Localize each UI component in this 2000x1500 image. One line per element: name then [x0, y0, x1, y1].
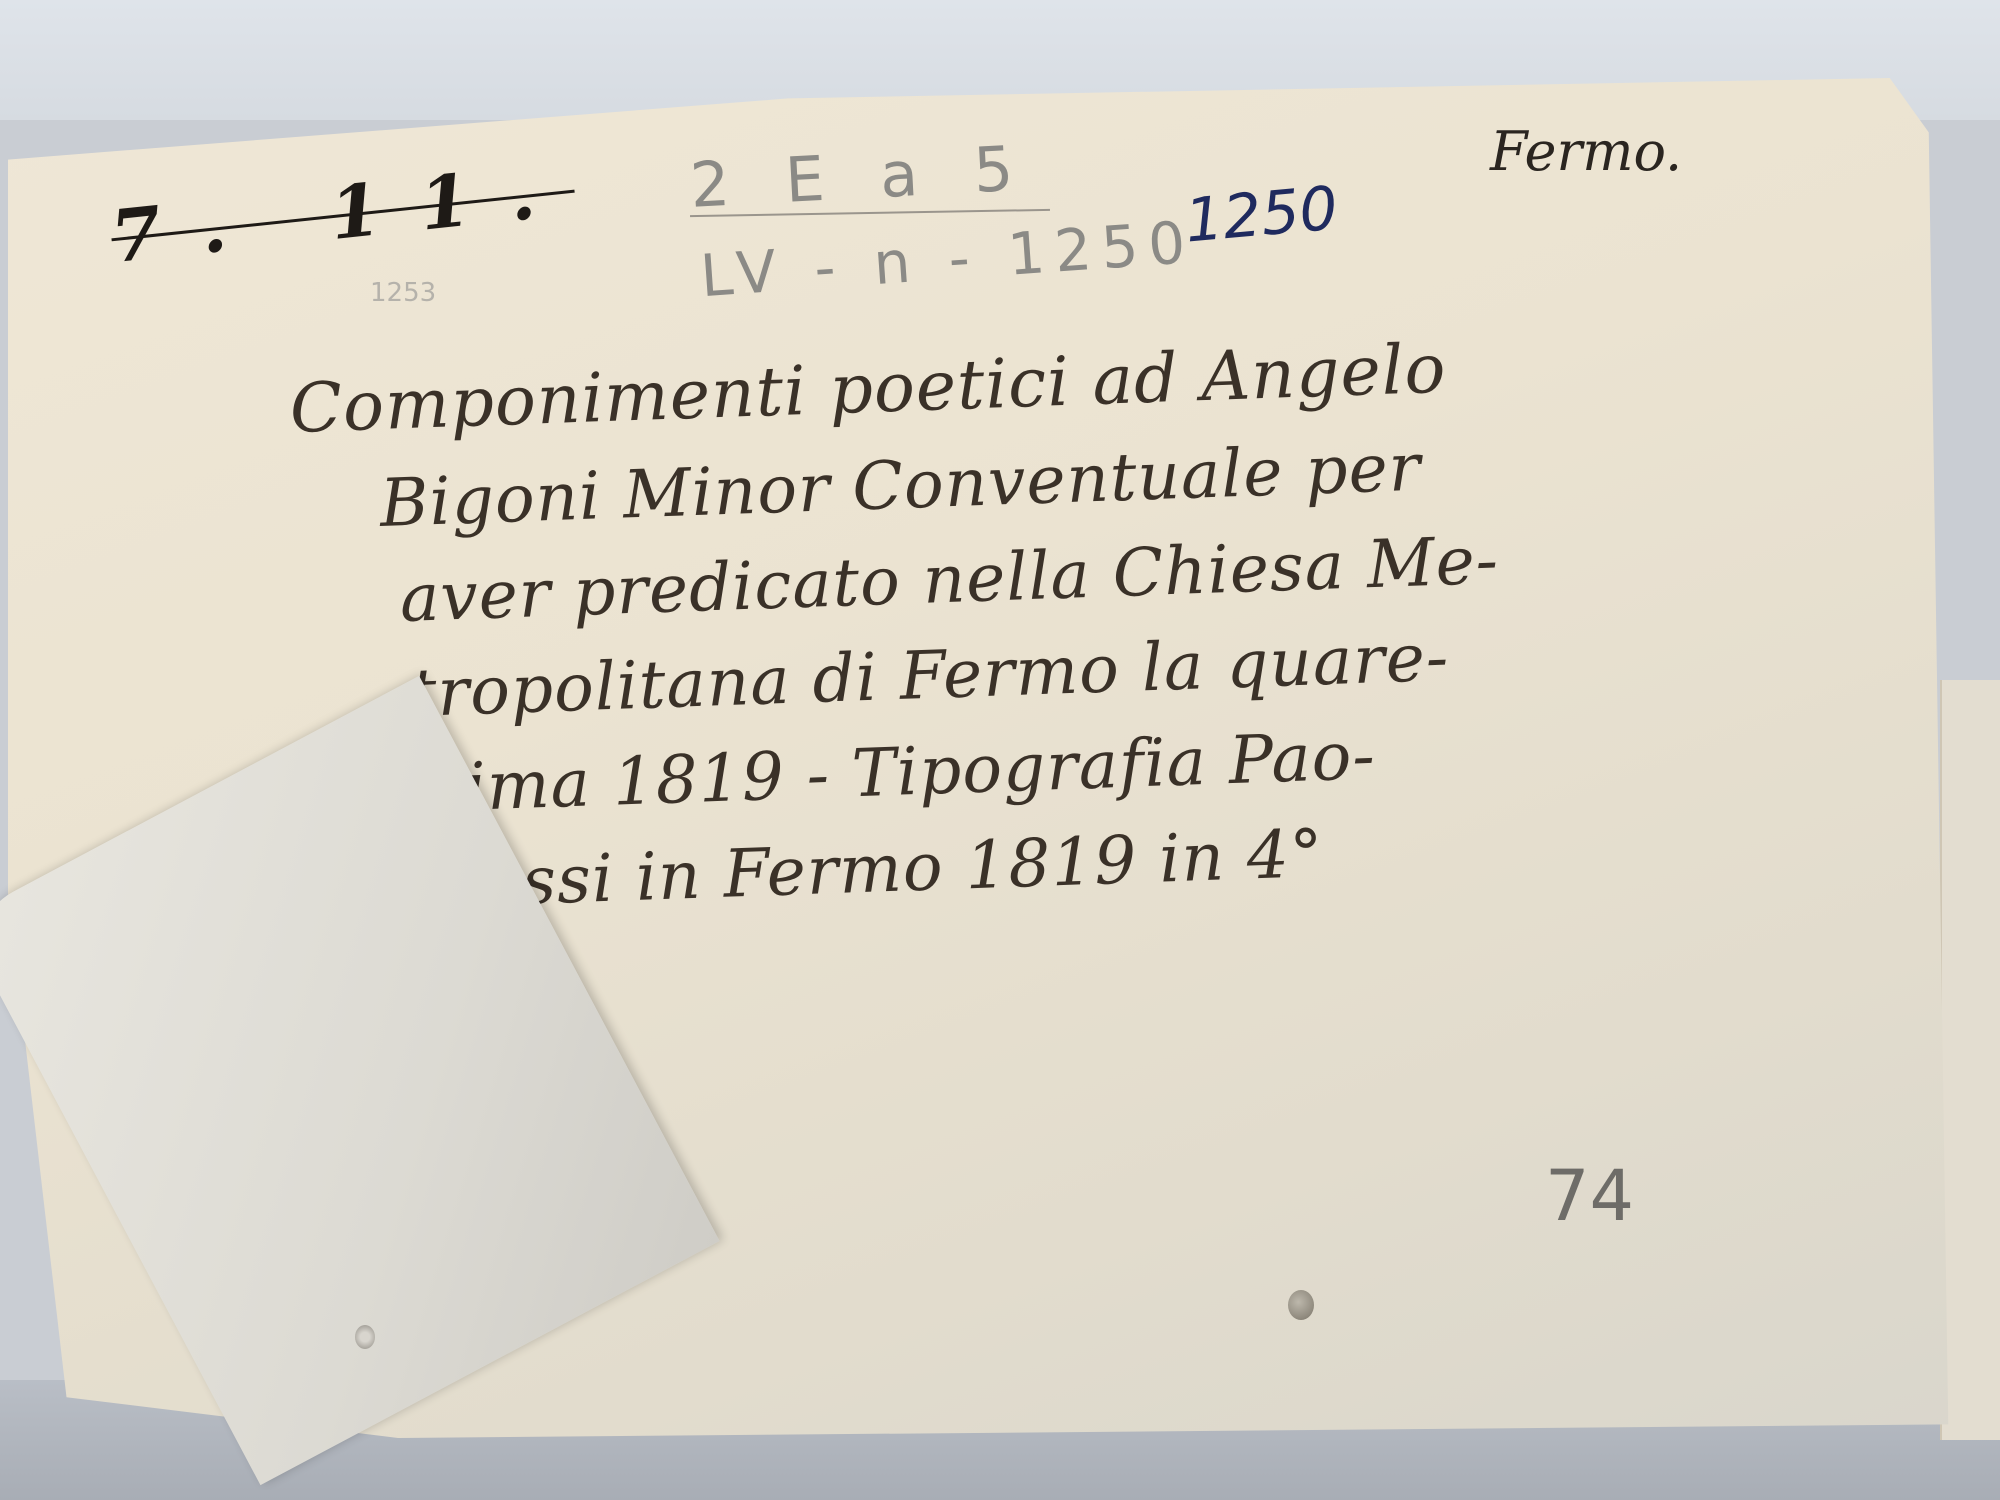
- punch-hole-3: [355, 1325, 375, 1349]
- inventory-number: 1250: [1182, 173, 1340, 256]
- place-heading: Fermo.: [1490, 120, 1682, 183]
- underlying-card-edge: [1940, 680, 2000, 1440]
- faint-stamp: 1253: [370, 278, 436, 308]
- punch-hole-2: [1288, 1290, 1314, 1320]
- pencil-page-number: 74: [1545, 1155, 1634, 1237]
